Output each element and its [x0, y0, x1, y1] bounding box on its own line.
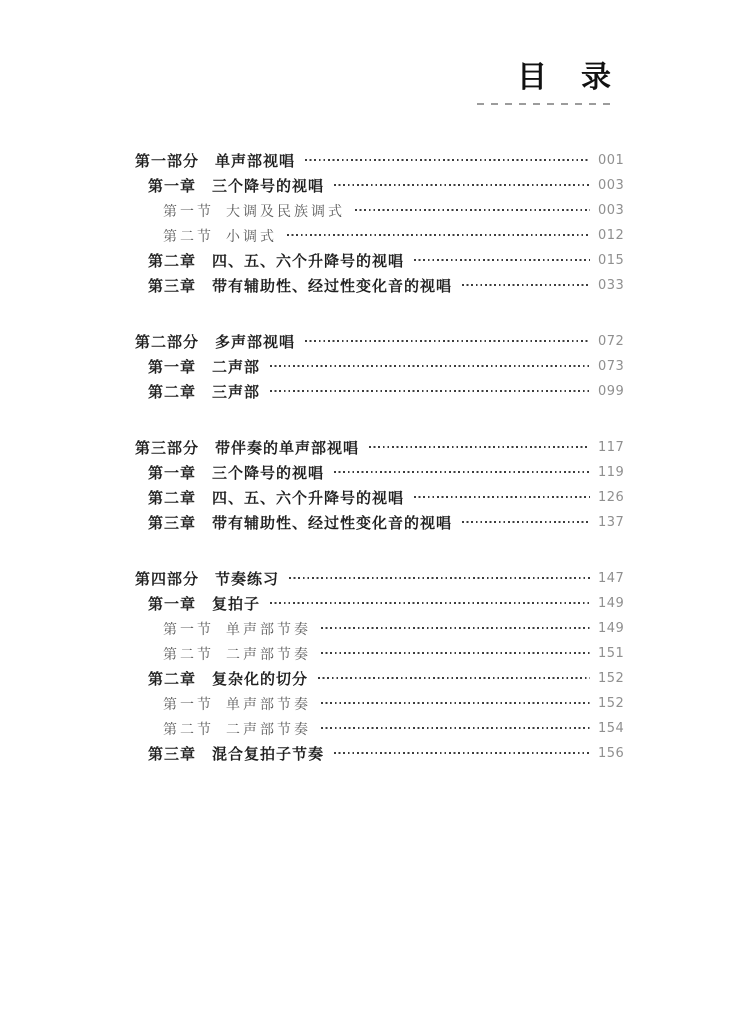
entry-label: 第一部分	[135, 150, 199, 171]
entry-label: 第三章	[148, 275, 196, 296]
entry-title: 二声部	[212, 356, 260, 377]
entry-label: 第四部分	[135, 568, 199, 589]
entry-title: 带伴奏的单声部视唱	[215, 437, 359, 458]
page-number: 003	[598, 178, 630, 193]
entry-title: 单声部节奏	[226, 619, 311, 639]
dotted-leader	[321, 727, 590, 729]
dotted-leader	[287, 234, 590, 236]
entry-label: 第一节	[163, 201, 214, 221]
page-number: 003	[598, 203, 630, 218]
toc-entry-section: 第二节 二声部节奏 154	[135, 716, 630, 741]
page-number: 099	[598, 384, 630, 399]
title-underline-dashes	[477, 103, 613, 105]
entry-label: 第二章	[148, 668, 196, 689]
dotted-leader	[270, 365, 590, 367]
toc-entry-chapter: 第二章 四、五、六个升降号的视唱 126	[135, 485, 630, 510]
toc-entry-section: 第一节 大调及民族调式 003	[135, 198, 630, 223]
dotted-leader	[321, 652, 590, 654]
entry-label: 第二节	[163, 719, 214, 739]
toc-entry-chapter: 第一章 复拍子 149	[135, 591, 630, 616]
page-number: 137	[598, 515, 630, 530]
page-number: 154	[598, 721, 630, 736]
page-number: 073	[598, 359, 630, 374]
page-number: 015	[598, 253, 630, 268]
dotted-leader	[305, 159, 590, 161]
dotted-leader	[334, 752, 590, 754]
entry-label: 第二部分	[135, 331, 199, 352]
toc-entry-section: 第二节 小调式 012	[135, 223, 630, 248]
dotted-leader	[305, 340, 590, 342]
page-number: 033	[598, 278, 630, 293]
entry-label: 第二章	[148, 487, 196, 508]
page-number: 001	[598, 153, 630, 168]
entry-title: 带有辅助性、经过性变化音的视唱	[212, 512, 452, 533]
entry-label: 第一节	[163, 694, 214, 714]
entry-label: 第一节	[163, 619, 214, 639]
entry-label: 第三章	[148, 743, 196, 764]
page-number: 072	[598, 334, 630, 349]
entry-title: 三个降号的视唱	[212, 175, 324, 196]
entry-title: 小调式	[226, 226, 277, 246]
entry-label: 第二节	[163, 644, 214, 664]
toc-entry-part: 第二部分 多声部视唱 072	[135, 329, 630, 354]
entry-title: 四、五、六个升降号的视唱	[212, 487, 404, 508]
entry-title: 大调及民族调式	[226, 201, 345, 221]
dotted-leader	[334, 184, 590, 186]
page-number: 126	[598, 490, 630, 505]
entry-title: 复拍子	[212, 593, 260, 614]
toc-entry-chapter: 第一章 三个降号的视唱 119	[135, 460, 630, 485]
entry-label: 第一章	[148, 356, 196, 377]
page-number: 156	[598, 746, 630, 761]
page-number: 152	[598, 696, 630, 711]
entry-title: 单声部视唱	[215, 150, 295, 171]
page-number: 012	[598, 228, 630, 243]
entry-title: 二声部节奏	[226, 719, 311, 739]
toc-entry-chapter: 第三章 带有辅助性、经过性变化音的视唱 137	[135, 510, 630, 535]
toc-entry-section: 第一节 单声部节奏 152	[135, 691, 630, 716]
dotted-leader	[334, 471, 590, 473]
entry-label: 第二章	[148, 381, 196, 402]
toc-entry-chapter: 第二章 三声部 099	[135, 379, 630, 404]
entry-title: 单声部节奏	[226, 694, 311, 714]
page-number: 152	[598, 671, 630, 686]
dotted-leader	[270, 390, 590, 392]
page-title: 目 录	[517, 60, 613, 96]
dotted-leader	[270, 602, 590, 604]
page-number: 149	[598, 596, 630, 611]
entry-label: 第一章	[148, 175, 196, 196]
page-number: 147	[598, 571, 630, 586]
table-of-contents: 第一部分 单声部视唱 001 第一章 三个降号的视唱 003 第一节 大调及民族…	[135, 148, 630, 766]
entry-label: 第三章	[148, 512, 196, 533]
dotted-leader	[318, 677, 590, 679]
entry-label: 第二节	[163, 226, 214, 246]
dotted-leader	[321, 627, 590, 629]
toc-entry-section: 第二节 二声部节奏 151	[135, 641, 630, 666]
toc-entry-chapter: 第一章 二声部 073	[135, 354, 630, 379]
entry-label: 第一章	[148, 462, 196, 483]
dotted-leader	[369, 446, 590, 448]
toc-entry-chapter: 第三章 混合复拍子节奏 156	[135, 741, 630, 766]
entry-label: 第一章	[148, 593, 196, 614]
entry-title: 三个降号的视唱	[212, 462, 324, 483]
toc-entry-chapter: 第三章 带有辅助性、经过性变化音的视唱 033	[135, 273, 630, 298]
toc-entry-chapter: 第二章 四、五、六个升降号的视唱 015	[135, 248, 630, 273]
entry-title: 复杂化的切分	[212, 668, 308, 689]
dotted-leader	[462, 521, 590, 523]
entry-title: 混合复拍子节奏	[212, 743, 324, 764]
dotted-leader	[289, 577, 590, 579]
entry-title: 三声部	[212, 381, 260, 402]
dotted-leader	[414, 496, 590, 498]
toc-entry-chapter: 第二章 复杂化的切分 152	[135, 666, 630, 691]
toc-entry-part: 第一部分 单声部视唱 001	[135, 148, 630, 173]
page-number: 119	[598, 465, 630, 480]
entry-title: 四、五、六个升降号的视唱	[212, 250, 404, 271]
toc-entry-section: 第一节 单声部节奏 149	[135, 616, 630, 641]
page-number: 117	[598, 440, 630, 455]
entry-title: 二声部节奏	[226, 644, 311, 664]
entry-title: 多声部视唱	[215, 331, 295, 352]
dotted-leader	[414, 259, 590, 261]
page-number: 151	[598, 646, 630, 661]
entry-title: 带有辅助性、经过性变化音的视唱	[212, 275, 452, 296]
entry-label: 第二章	[148, 250, 196, 271]
entry-title: 节奏练习	[215, 568, 279, 589]
dotted-leader	[462, 284, 590, 286]
toc-entry-part: 第四部分 节奏练习 147	[135, 566, 630, 591]
dotted-leader	[321, 702, 590, 704]
entry-label: 第三部分	[135, 437, 199, 458]
dotted-leader	[355, 209, 590, 211]
toc-entry-chapter: 第一章 三个降号的视唱 003	[135, 173, 630, 198]
toc-entry-part: 第三部分 带伴奏的单声部视唱 117	[135, 435, 630, 460]
page-number: 149	[598, 621, 630, 636]
